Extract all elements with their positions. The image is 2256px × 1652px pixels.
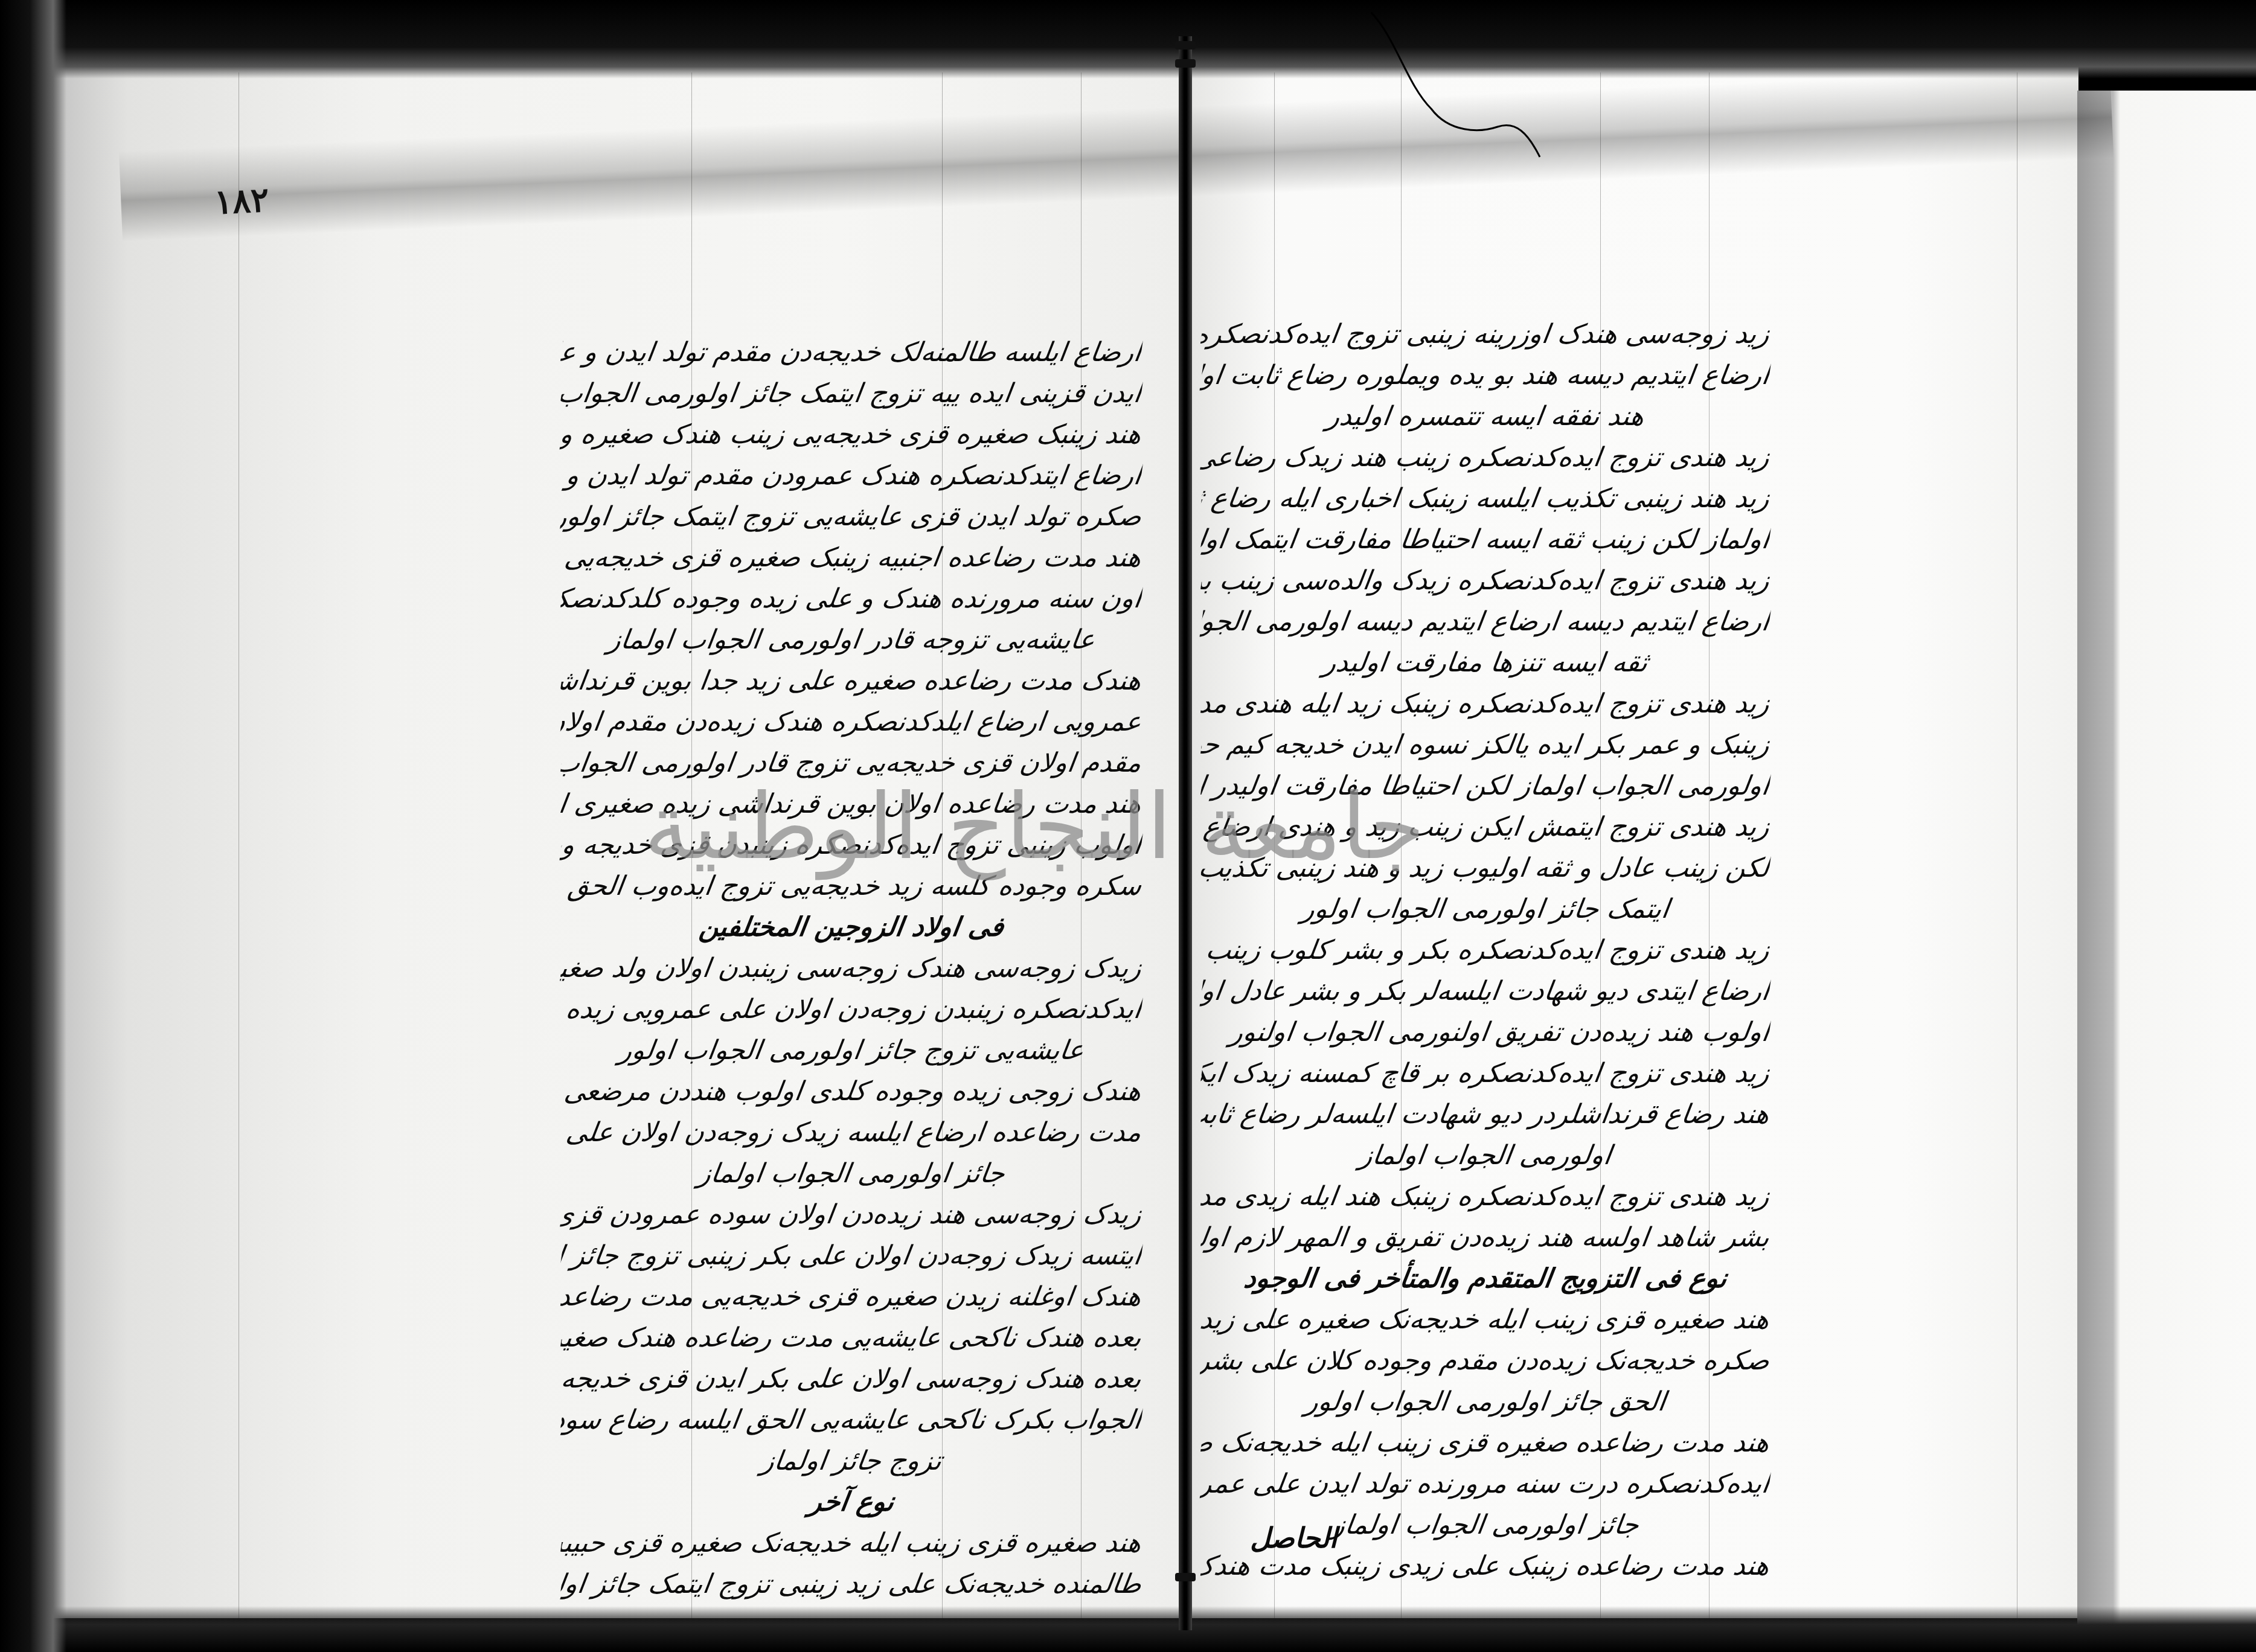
text-line: زید هندی تزوج ایده‌کدنصکره بکر و بشر کلو… — [1199, 930, 1772, 971]
text-line: زید هندی تزوج ایده‌کدنصکره زینبک زید ایل… — [1199, 684, 1772, 725]
text-line: ارضاع ایتدیم دیسه هند بو یده ویملوره رضا… — [1199, 355, 1772, 396]
section-heading: نوع آخر — [559, 1482, 1144, 1523]
text-line: هند صغیره قزی زینب ایله خدیجه‌نک صغیره ق… — [559, 1523, 1144, 1564]
text-line: هند زینبک صغیره قزی خدیجه‌یی زینب هندک ص… — [559, 414, 1144, 455]
text-line: ثقه ایسه تنزها مفارقت اولیدر — [1199, 642, 1772, 684]
text-line: هندک مدت رضاعده صغیره علی زید جدا بوین ق… — [559, 661, 1144, 702]
text-line: هند رضاع قرنداشلردر دیو شهادت ایلسه‌لر ر… — [1199, 1094, 1772, 1135]
text-line: صکره تولد ایدن قزی عایشه‌یی تزوج ایتمک ج… — [559, 496, 1144, 537]
text-line: تزوج جائز اولماز — [559, 1441, 1144, 1482]
library-watermark: جامعة النجاح الوطنية — [966, 767, 1425, 888]
scan-border-bottom — [0, 1606, 2256, 1652]
text-line: اولوب هند زیده‌دن تفریق اولنورمی الجواب … — [1199, 1012, 1772, 1053]
text-line: هند مدت رضاعده اجنبیه زینبک صغیره قزی خد… — [559, 537, 1144, 578]
text-line: زید زوجه‌سی هندک اوزرینه زینبی تزوج ایده… — [1199, 314, 1772, 355]
adjacent-page-strip — [2077, 91, 2256, 1636]
text-line: زید هندی تزوج ایده‌کدنصکره زینبک هند ایل… — [1199, 1176, 1772, 1217]
manuscript-scan: ١٨٢ ارضاع ایلسه طالمنه‌لک خدیجه‌دن مقدم … — [0, 0, 2256, 1652]
text-line: اون سنه مرورنده هندک و علی زیده وجوده کل… — [559, 578, 1144, 619]
page-number: ١٨٢ — [213, 180, 270, 223]
text-line: زید هندی تزوج ایده‌کدنصکره زینب هند زیدک… — [1199, 437, 1772, 478]
text-line: مدت رضاعده ارضاع ایلسه زیدک زوجه‌دن اولا… — [559, 1112, 1144, 1153]
right-page-text: زید زوجه‌سی هندک اوزرینه زینبی تزوج ایده… — [1202, 314, 1769, 1587]
text-line: زید هند زینبی تکذیب ایلسه زینبک اخباری ا… — [1199, 478, 1772, 519]
text-line: هندک اوغلنه زیدن صغیره قزی خدیجه‌یی مدت … — [559, 1276, 1144, 1317]
text-line: هند نفقه ایسه تتمسره اولیدر — [1199, 396, 1772, 437]
text-line: بشر شاهد اولسه هند زیده‌دن تفریق و المهر… — [1199, 1217, 1772, 1258]
spine-clip — [1175, 1573, 1196, 1581]
text-line: عایشه‌یی تزوجه قادر اولورمی الجواب اولما… — [559, 619, 1144, 661]
margin-rule — [239, 72, 239, 1618]
text-line: هندک زوجی زیده وجوده کلدی اولوب هنددن مر… — [559, 1071, 1144, 1112]
text-line: ایده‌کدنصکره درت سنه مرورنده تولد ایدن ع… — [1199, 1464, 1772, 1505]
text-line: صکره خدیجه‌نک زیده‌دن مقدم وجوده کلان عل… — [1199, 1340, 1772, 1381]
text-line: بعده هندک ناکحی عایشه‌یی مدت رضاعده هندک… — [559, 1317, 1144, 1359]
text-line: ارضاع ایتدیم دیسه ارضاع ایتدیم دیسه اولو… — [1199, 601, 1772, 642]
text-line: اولماز لکن زینب ثقه ایسه احتیاطا مفارقت … — [1199, 519, 1772, 560]
section-heading: فی اولاد الزوجین المختلفین — [559, 907, 1144, 948]
catchword: الحاصل — [1250, 1522, 1337, 1554]
text-line: ایدن قزینی ایده ییه تزوج ایتمک جائز اولو… — [559, 373, 1144, 414]
text-line: ارضاع ایلسه طالمنه‌لک خدیجه‌دن مقدم تولد… — [559, 332, 1144, 373]
text-line: ارضاع ایتدی دیو شهادت ایلسه‌لر بکر و بشر… — [1199, 971, 1772, 1012]
text-line: عمرویی ارضاع ایلدکدنصکره هندک زیده‌دن مق… — [559, 702, 1144, 743]
text-line: ایدکدنصکره زینبدن زوجه‌دن اولان علی عمرو… — [559, 989, 1144, 1030]
section-heading: نوع فی التزویج المتقدم والمتأخر فی الوجو… — [1199, 1258, 1772, 1299]
text-line: زید هندی تزوج ایده‌کدنصکره بر قاچ کمسنه … — [1199, 1053, 1772, 1094]
spine-clip — [1175, 59, 1196, 68]
left-page-text: ارضاع ایلسه طالمنه‌لک خدیجه‌دن مقدم تولد… — [562, 332, 1141, 1605]
column-rule — [2017, 72, 2017, 1618]
text-line: زینبک و عمر بکر ایده یالکز نسوه ایدن خدی… — [1199, 725, 1772, 766]
text-line: اولورمی الجواب اولماز — [1199, 1135, 1772, 1176]
text-line: ارضاع ایتدکدنصکره هندک عمرودن مقدم تولد … — [559, 455, 1144, 496]
spine-clip — [1175, 41, 1196, 50]
thread-string — [1371, 12, 2095, 205]
text-line: هند مدت رضاعده صغیره قزی زینب ایله خدیجه… — [1199, 1423, 1772, 1464]
text-line: هند صغیره قزی زینب ایله خدیجه‌نک صغیره ع… — [1199, 1299, 1772, 1340]
text-line: ایتمک جائز اولورمی الجواب اولور — [1199, 889, 1772, 930]
text-line: الجواب بکرک ناکحی عایشه‌یی الحق ایلسه رض… — [559, 1400, 1144, 1441]
scan-border-left — [0, 0, 66, 1652]
text-line: زیدک زوجه‌سی هند زیده‌دن اولان سوده عمرو… — [559, 1194, 1144, 1235]
text-line: ایتسه زیدک زوجه‌دن اولان علی بکر زینبی ت… — [559, 1235, 1144, 1276]
text-line: زیدک زوجه‌سی هندک زوجه‌سی زینبدن اولان و… — [559, 948, 1144, 989]
text-line: عایشه‌یی تزوج جائز اولورمی الجواب اولور — [559, 1030, 1144, 1071]
text-line: الحق جائز اولورمی الجواب اولور — [1199, 1381, 1772, 1423]
text-line: طالمنده خدیجه‌نک علی زید زینبی تزوج ایتم… — [559, 1564, 1144, 1605]
text-line: زید هندی تزوج ایده‌کدنصکره زیدک والده‌سی… — [1199, 560, 1772, 601]
text-line: جائز اولورمی الجواب اولماز — [559, 1153, 1144, 1194]
text-line: بعده هندک زوجه‌سی اولان علی بکر ایدن قزی… — [559, 1359, 1144, 1400]
